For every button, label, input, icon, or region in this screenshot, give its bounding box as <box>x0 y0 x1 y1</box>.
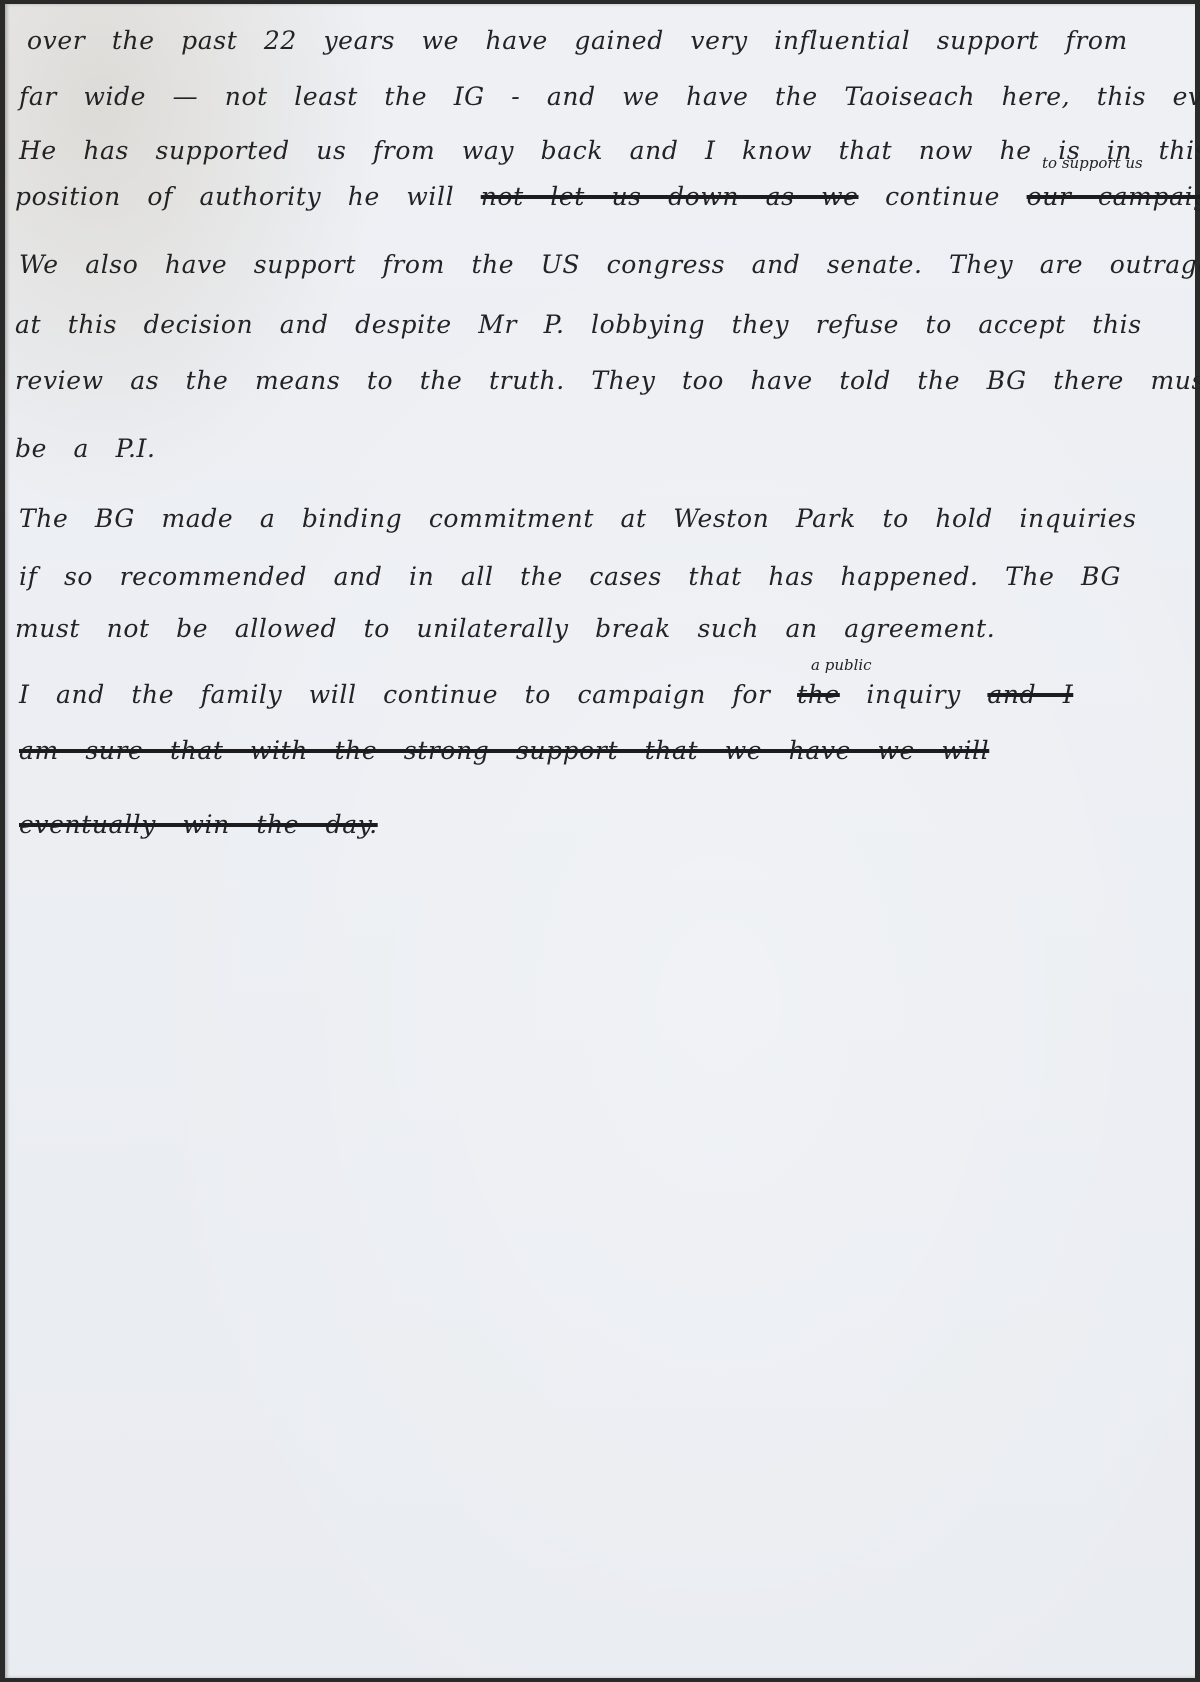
text-line-2: far wide — not least the IG - and we hav… <box>19 82 1200 111</box>
text-line-9: The BG made a binding commitment at West… <box>19 504 1137 533</box>
struck-text: the <box>797 680 840 709</box>
struck-text: and I <box>987 680 1073 709</box>
text-line-12: I and the family will continue to campai… <box>19 680 1073 709</box>
insertion-to-support-us: to support us <box>1042 154 1143 172</box>
text-line-5: We also have support from the US congres… <box>19 250 1200 279</box>
line4-middle: continue <box>885 182 1000 211</box>
text-line-6: at this decision and despite Mr P. lobby… <box>15 310 1142 339</box>
struck-line-1: am sure that with the strong support tha… <box>19 736 989 765</box>
text-line-1: over the past 22 years we have gained ve… <box>27 26 1128 55</box>
handwritten-page: over the past 22 years we have gained ve… <box>5 4 1195 1678</box>
struck-line-2: eventually win the day. <box>19 810 378 839</box>
text-line-3: He has supported us from way back and I … <box>19 136 1200 165</box>
line12-text: I and the family will continue to campai… <box>19 680 771 709</box>
text-line-11: must not be allowed to unilaterally brea… <box>15 614 995 643</box>
line12-after: inquiry <box>866 680 960 709</box>
text-line-10: if so recommended and in all the cases t… <box>19 562 1121 591</box>
struck-text: our campaign <box>1027 182 1200 211</box>
text-line-7: review as the means to the truth. They t… <box>15 366 1200 395</box>
text-line-4: position of authority he will not let us… <box>15 182 1200 211</box>
line4-prefix: position of authority he will <box>15 182 454 211</box>
struck-text: not let us down as we <box>481 182 859 211</box>
insertion-a-public: a public <box>811 656 872 674</box>
text-line-8: be a P.I. <box>15 434 156 463</box>
